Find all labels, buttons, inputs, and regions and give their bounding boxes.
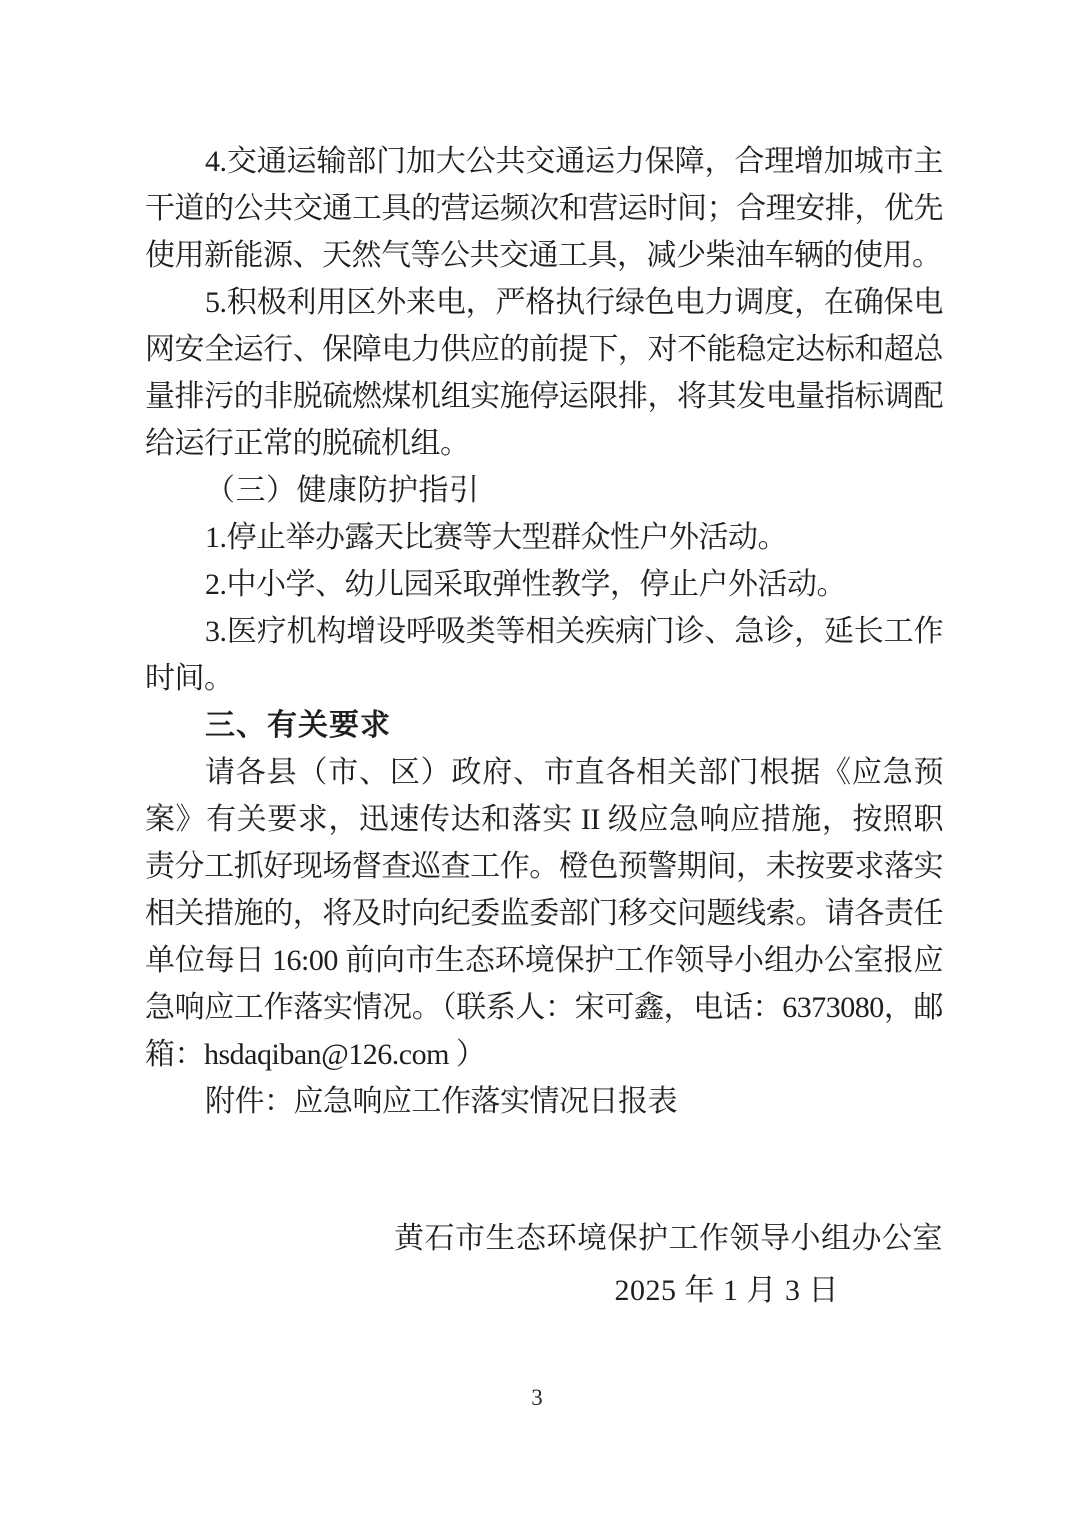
paragraph-health-item-3: 3.医疗机构增设呼吸类等相关疾病门诊、急诊，延长工作时间。 <box>145 608 943 702</box>
section-heading-health-protection: （三）健康防护指引 <box>145 467 943 514</box>
signature-organization: 黄石市生态环境保护工作领导小组办公室 <box>145 1213 943 1265</box>
document-page: 4.交通运输部门加大公共交通运力保障，合理增加城市主干道的公共交通工具的营运频次… <box>0 0 1074 1520</box>
section-heading-requirements: 三、有关要求 <box>145 702 943 749</box>
paragraph-power-measures: 5.积极利用区外来电，严格执行绿色电力调度，在确保电网安全运行、保障电力供应的前… <box>145 279 943 467</box>
paragraph-health-item-1: 1.停止举办露天比赛等大型群众性户外活动。 <box>145 514 943 561</box>
paragraph-requirements-body: 请各县（市、区）政府、市直各相关部门根据《应急预案》有关要求，迅速传达和落实 I… <box>145 749 943 1078</box>
paragraph-health-item-2: 2.中小学、幼儿园采取弹性教学，停止户外活动。 <box>145 561 943 608</box>
paragraph-transport-measures: 4.交通运输部门加大公共交通运力保障，合理增加城市主干道的公共交通工具的营运频次… <box>145 138 943 279</box>
signature-date: 2025 年 1 月 3 日 <box>145 1265 943 1317</box>
signature-block: 黄石市生态环境保护工作领导小组办公室 2025 年 1 月 3 日 <box>145 1213 943 1317</box>
page-number: 3 <box>0 1383 1074 1413</box>
paragraph-attachment-note: 附件：应急响应工作落实情况日报表 <box>145 1078 943 1125</box>
document-body: 4.交通运输部门加大公共交通运力保障，合理增加城市主干道的公共交通工具的营运频次… <box>145 138 943 1317</box>
